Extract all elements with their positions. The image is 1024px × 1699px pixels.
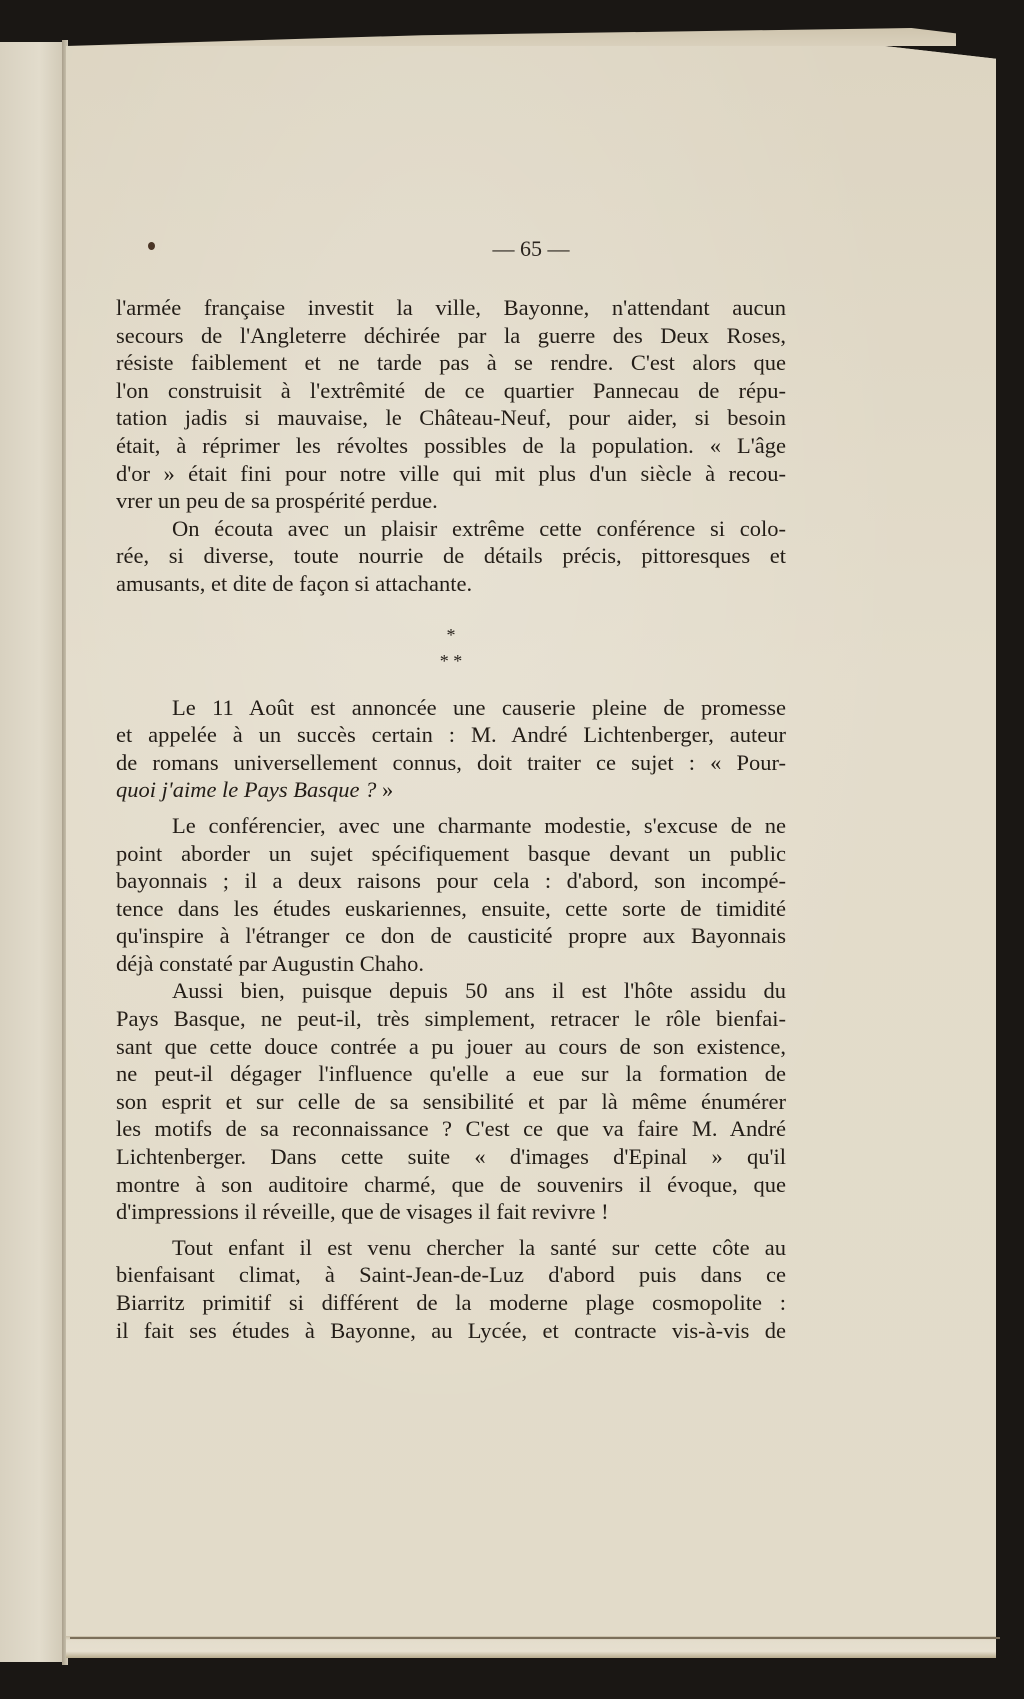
text-line: Aussi bien, puisque depuis 50 ans il est… — [116, 977, 786, 1005]
text-line: sant que cette douce contrée a pu jouer … — [116, 1033, 786, 1061]
paragraph-3: Le 11 Août est annoncée une causerie ple… — [116, 694, 786, 804]
text-line: secours de l'Angleterre déchirée par la … — [116, 322, 786, 350]
book-page: — 65 — l'armée française investit la vil… — [66, 46, 996, 1636]
text-line: l'armée française investit la ville, Bay… — [116, 294, 786, 322]
paragraph-1: l'armée française investit la ville, Bay… — [116, 294, 786, 515]
text-line: point aborder un sujet spécifiquement ba… — [116, 840, 786, 868]
page-bottom-edge — [66, 1636, 996, 1658]
lecture-title: quoi j'aime le Pays Basque ? — [116, 777, 376, 802]
text-line: et appelée à un succès certain : M. Andr… — [116, 721, 786, 749]
text-line: son esprit et sur celle de sa sensibilit… — [116, 1088, 786, 1116]
page-fold-line — [70, 1637, 1000, 1639]
text-line: Le 11 Août est annoncée une causerie ple… — [116, 694, 786, 722]
text-line: résiste faiblement et ne tarde pas à se … — [116, 349, 786, 377]
page-number: — 65 — — [66, 236, 996, 262]
text-line: qu'inspire à l'étranger ce don de causti… — [116, 922, 786, 950]
paragraph-6: Tout enfant il est venu chercher la sant… — [116, 1234, 786, 1344]
text-line: ne peut-il dégager l'influence qu'elle a… — [116, 1060, 786, 1088]
text-line: les motifs de sa reconnaissance ? C'est … — [116, 1115, 786, 1143]
text-line: d'or » était fini pour notre ville qui m… — [116, 460, 786, 488]
text-line: l'on construisit à l'extrêmité de ce qua… — [116, 377, 786, 405]
text-line: Pays Basque, ne peut-il, très simplement… — [116, 1005, 786, 1033]
text-line: vrer un peu de sa prospérité perdue. — [116, 487, 786, 515]
text-line: Le conférencier, avec une charmante mode… — [116, 812, 786, 840]
facing-page-edge — [0, 42, 66, 1662]
text-line: rée, si diverse, toute nourrie de détail… — [116, 542, 786, 570]
text-line: de romans universellement connus, doit t… — [116, 749, 786, 777]
text-line: il fait ses études à Bayonne, au Lycée, … — [116, 1317, 786, 1345]
text-line: amusants, et dite de façon si attachante… — [116, 570, 786, 598]
text-line: était, à réprimer les révoltes possibles… — [116, 432, 786, 460]
text-line: d'impressions il réveille, que de visage… — [116, 1198, 786, 1226]
text-line: quoi j'aime le Pays Basque ? » — [116, 776, 786, 804]
paragraph-5: Aussi bien, puisque depuis 50 ans il est… — [116, 977, 786, 1225]
asterism-top: * — [116, 622, 786, 648]
page-body: l'armée française investit la ville, Bay… — [116, 294, 786, 1344]
text-line: tation jadis si mauvaise, le Château-Neu… — [116, 404, 786, 432]
asterism-bottom: * * — [116, 648, 786, 674]
paragraph-4: Le conférencier, avec une charmante mode… — [116, 812, 786, 978]
text-line: tence dans les études euskariennes, ensu… — [116, 895, 786, 923]
page-top-edge — [66, 28, 956, 46]
section-separator: * * * — [116, 622, 786, 674]
text-line: bienfaisant climat, à Saint-Jean-de-Luz … — [116, 1261, 786, 1289]
text-line: Lichtenberger. Dans cette suite « d'imag… — [116, 1143, 786, 1171]
text-line: On écouta avec un plaisir extrême cette … — [116, 515, 786, 543]
text-line: déjà constaté par Augustin Chaho. — [116, 950, 786, 978]
text-line: montre à son auditoire charmé, que de so… — [116, 1171, 786, 1199]
text-line: bayonnais ; il a deux raisons pour cela … — [116, 867, 786, 895]
text-line: Tout enfant il est venu chercher la sant… — [116, 1234, 786, 1262]
text-line: Biarritz primitif si différent de la mod… — [116, 1289, 786, 1317]
closing-quote: » — [376, 777, 393, 802]
paragraph-2: On écouta avec un plaisir extrême cette … — [116, 515, 786, 598]
